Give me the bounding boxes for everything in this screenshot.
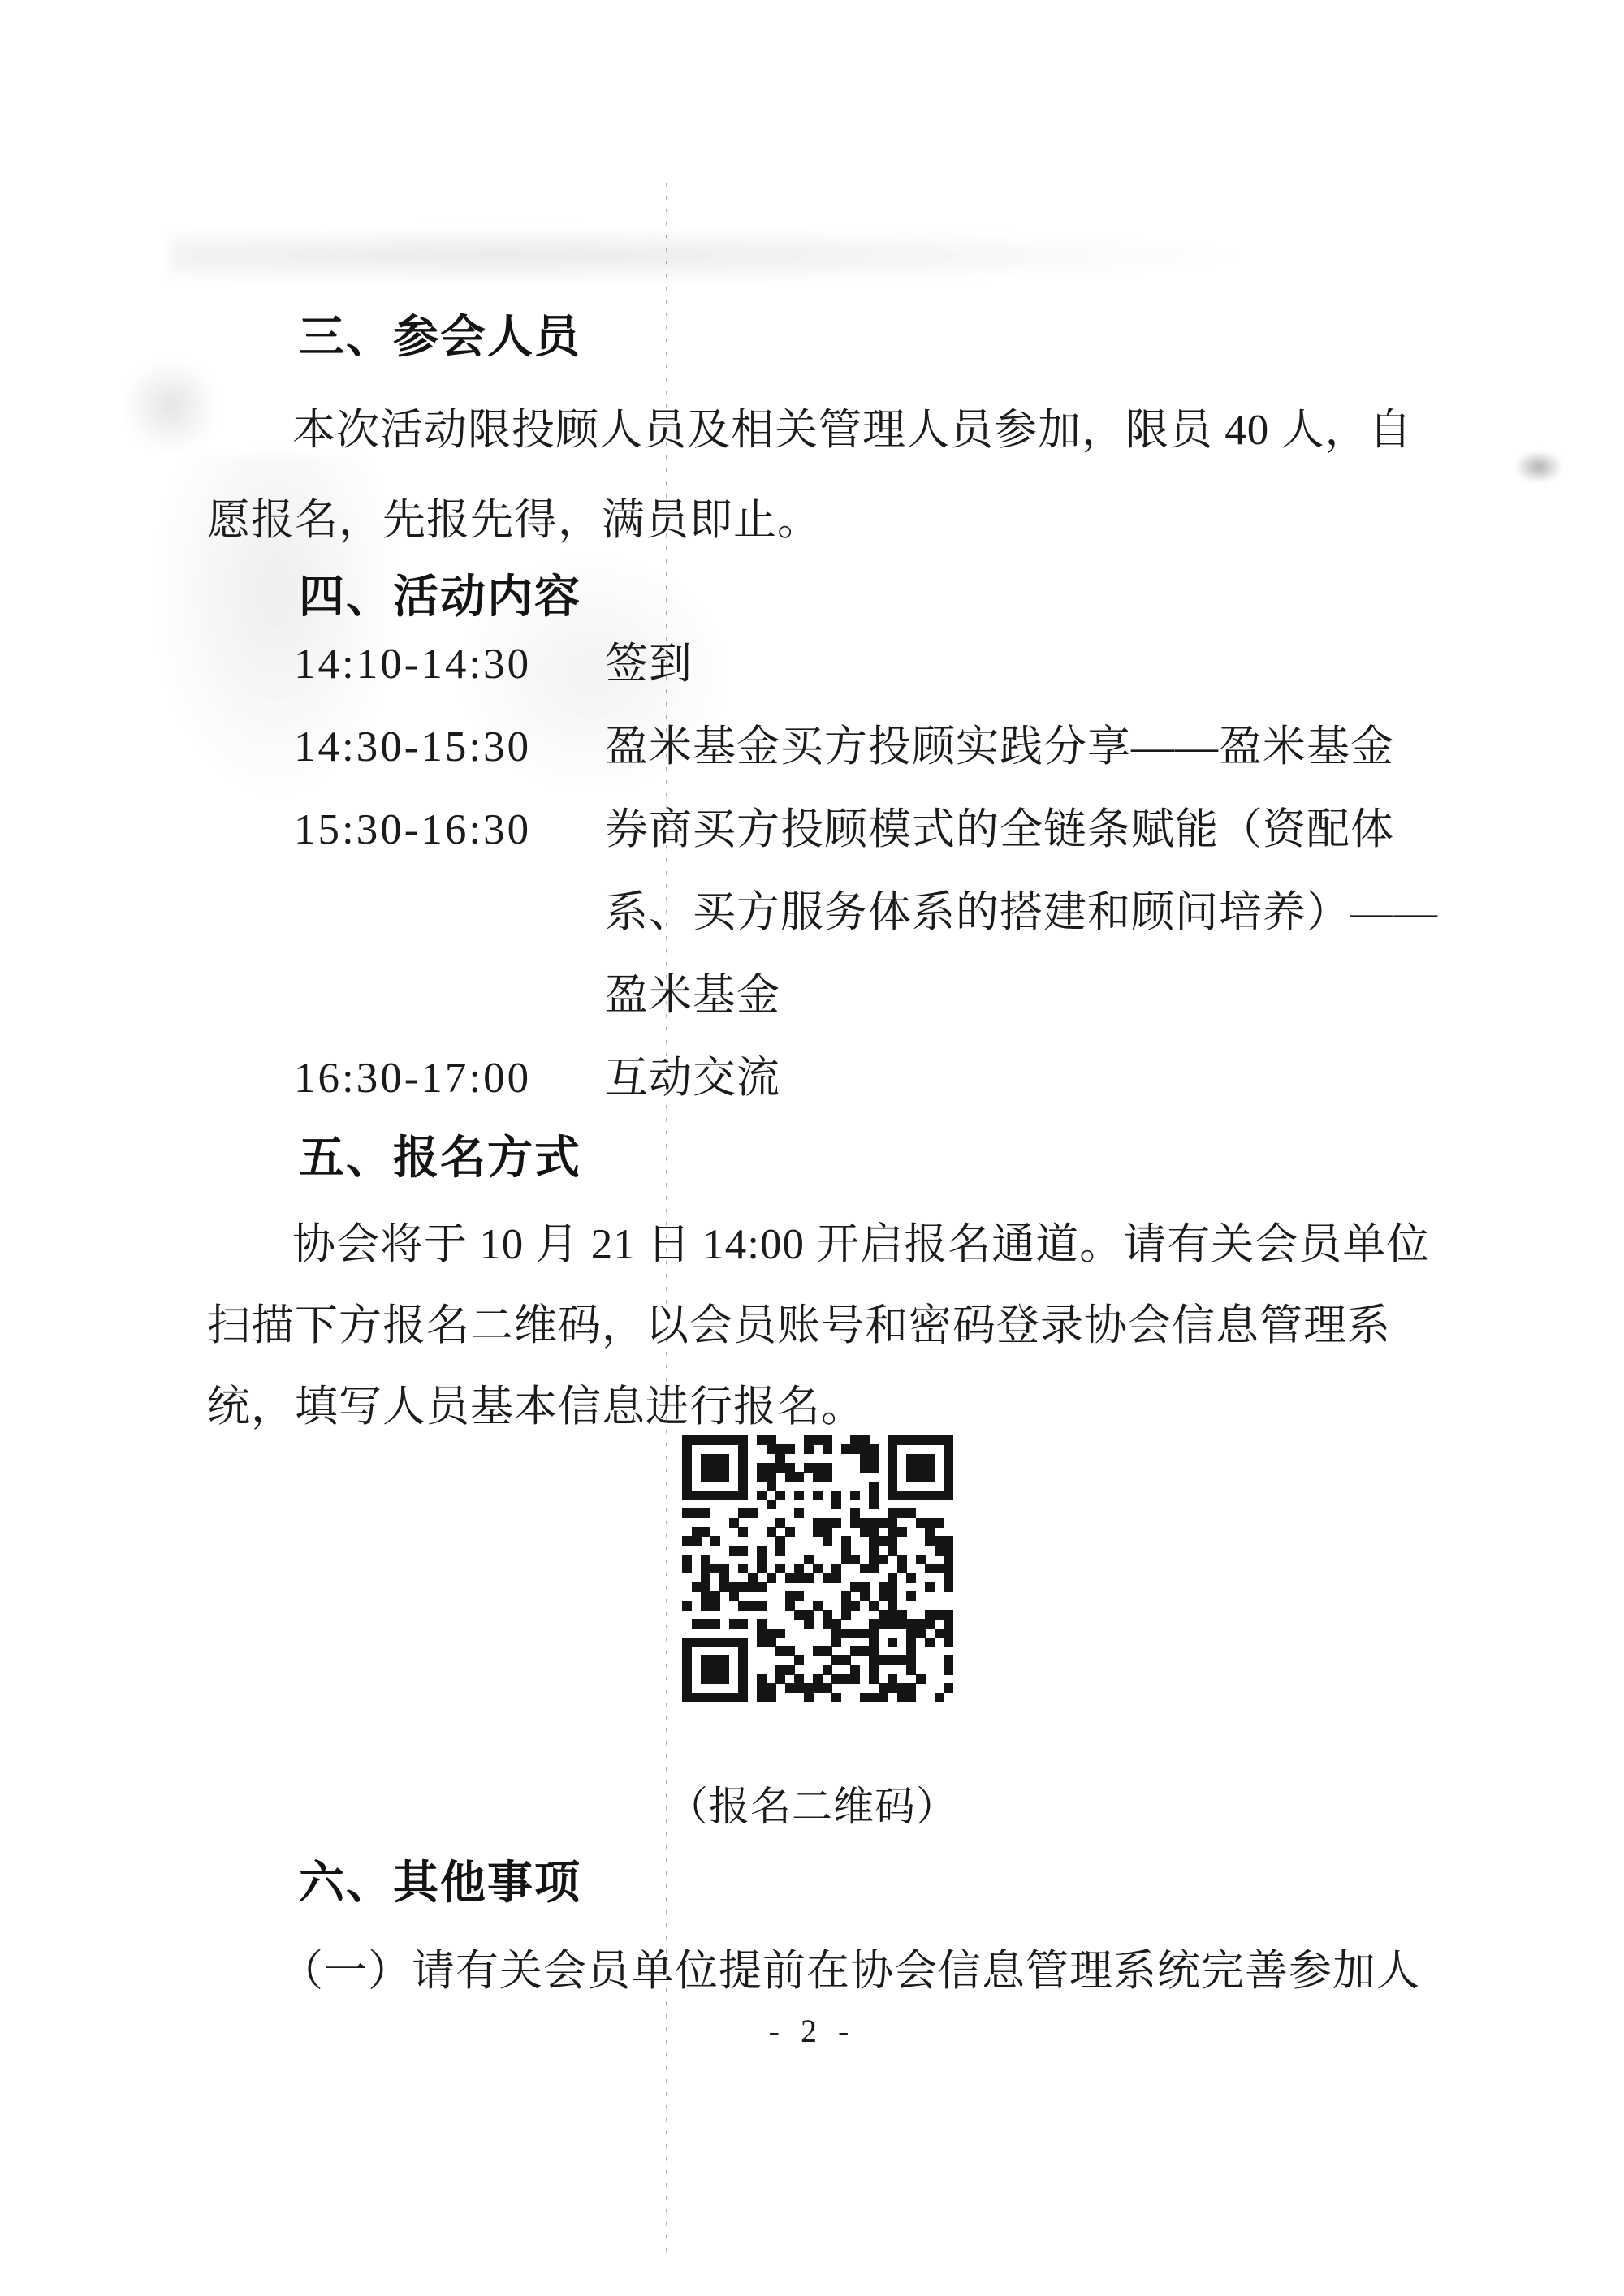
- agenda-time: 16:30-17:00: [294, 1051, 605, 1105]
- agenda-row: 14:30-15:30盈米基金买方投顾实践分享——盈米基金: [294, 720, 1394, 774]
- agenda-text: 盈米基金: [605, 972, 780, 1019]
- section-heading-signup: 五、报名方式: [299, 1132, 581, 1185]
- agenda-row: 盈米基金: [294, 969, 780, 1022]
- section-heading-other: 六、其他事项: [299, 1857, 581, 1910]
- agenda-time: 14:10-14:30: [294, 637, 605, 691]
- agenda-row: 系、买方服务体系的搭建和顾问培养）——: [294, 886, 1438, 939]
- agenda-row: 16:30-17:00互动交流: [294, 1051, 780, 1105]
- signup-paragraph-line: 统，填写人员基本信息进行报名。: [207, 1380, 865, 1434]
- signup-paragraph-line: 扫描下方报名二维码，以会员账号和密码登录协会信息管理系: [207, 1299, 1391, 1353]
- document-page: 三、参会人员 本次活动限投顾人员及相关管理人员参加，限员 40 人，自 愿报名，…: [0, 0, 1624, 2296]
- section-heading-participants: 三、参会人员: [299, 311, 581, 365]
- agenda-text: 签到: [605, 641, 693, 688]
- qr-code: [682, 1435, 953, 1702]
- agenda-row: 15:30-16:30券商买方投顾模式的全链条赋能（资配体: [294, 803, 1394, 857]
- participants-paragraph-line: 愿报名，先报先得，满员即止。: [207, 494, 821, 547]
- agenda-text: 系、买方服务体系的搭建和顾问培养）——: [605, 889, 1438, 936]
- section-heading-agenda: 四、活动内容: [299, 571, 581, 624]
- agenda-text: 互动交流: [605, 1055, 780, 1102]
- scan-artifact: [171, 227, 1267, 284]
- agenda-time: 15:30-16:30: [294, 803, 605, 857]
- signup-paragraph-line: 协会将于 10 月 21 日 14:00 开启报名通道。请有关会员单位: [292, 1218, 1430, 1271]
- agenda-time: 14:30-15:30: [294, 720, 605, 774]
- agenda-text: 券商买方投顾模式的全链条赋能（资配体: [605, 806, 1394, 853]
- agenda-text: 盈米基金买方投顾实践分享——盈米基金: [605, 723, 1394, 770]
- scan-artifact: [122, 357, 219, 455]
- page-number: - 2 -: [0, 2012, 1624, 2050]
- agenda-row: 14:10-14:30签到: [294, 637, 693, 691]
- scan-artifact: [1514, 451, 1563, 483]
- participants-paragraph-line: 本次活动限投顾人员及相关管理人员参加，限员 40 人，自: [292, 404, 1413, 457]
- other-paragraph-line: （一）请有关会员单位提前在协会信息管理系统完善参加人: [280, 1944, 1420, 1998]
- qr-caption: （报名二维码）: [667, 1774, 957, 1832]
